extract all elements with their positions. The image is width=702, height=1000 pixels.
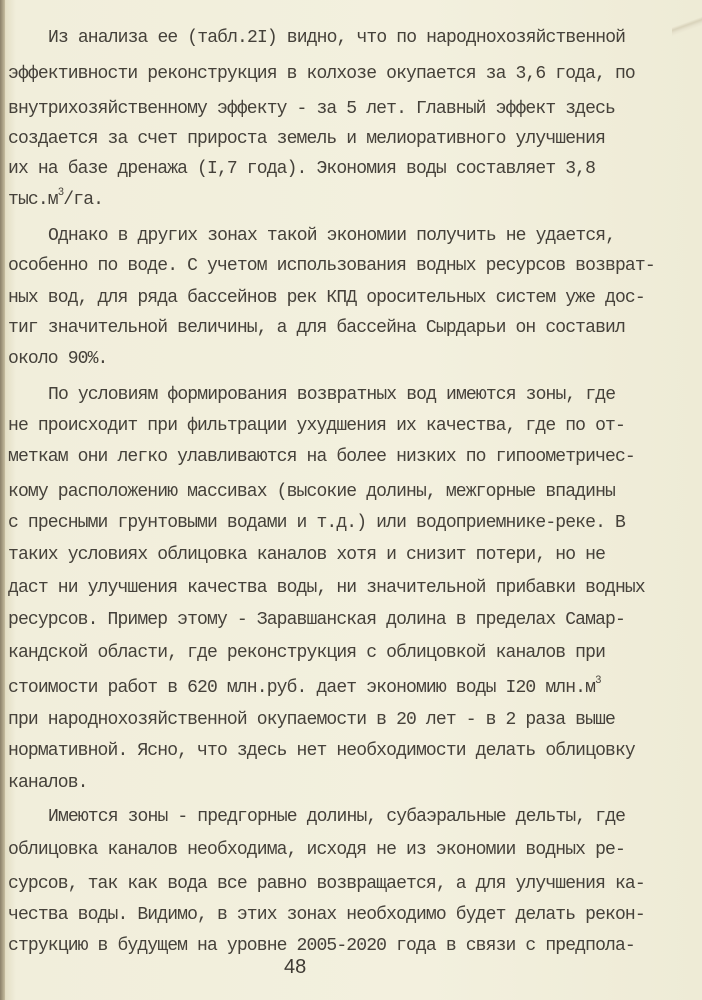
paragraph-3-line-11: при народнохозяйственной окупаемости в 2… (8, 708, 615, 732)
paragraph-2-line-5: около 90%. (8, 347, 108, 371)
paragraph-3-line-13: каналов. (8, 771, 88, 795)
paragraph-2-line-4: тиг значительной величины, а для бассейн… (8, 316, 625, 340)
paragraph-3-line-10: стоимости работ в 620 млн.руб. дает экон… (8, 676, 601, 700)
paragraph-3-line-4: кому расположению массивах (высокие доли… (8, 480, 615, 504)
paragraph-4-line-3: сурсов, так как вода все равно возвращае… (8, 872, 645, 896)
paragraph-4-line-2: облицовка каналов необходима, исходя не … (8, 838, 625, 862)
paragraph-1-line-4: создается за счет прироста земель и мели… (8, 127, 605, 151)
paragraph-2-line-1: Однако в других зонах такой экономии пол… (48, 224, 615, 248)
paragraph-1-line-5: их на базе дренажа (I,7 года). Экономия … (8, 157, 595, 181)
unit-text-suffix: /га. (63, 189, 103, 210)
paragraph-3-line-3: меткам они легко улавливаются на более н… (8, 445, 635, 469)
paragraph-1-line-3: внутрихозяйственному эффекту - за 5 лет.… (8, 97, 615, 121)
paragraph-3-line-6: таких условиях облицовка каналов хотя и … (8, 543, 605, 567)
binding-edge (0, 0, 5, 1000)
page-number: 48 (284, 956, 306, 979)
paragraph-4-line-1: Имеются зоны - предгорные долины, субаэр… (48, 805, 625, 829)
page-corner-fold (672, 0, 702, 50)
paragraph-1-line-2: эффективности реконструкция в колхозе ок… (8, 62, 635, 86)
paragraph-2-line-2: особенно по воде. С учетом использования… (8, 254, 655, 278)
paragraph-1-line-6: тыс.м3/га. (8, 188, 103, 212)
paragraph-3-line-7: даст ни улучшения качества воды, ни знач… (8, 576, 645, 600)
paragraph-4-line-5: струкцию в будущем на уровне 2005-2020 г… (8, 934, 635, 958)
paragraph-3-line-5: с пресными грунтовыми водами и т.д.) или… (8, 511, 625, 535)
paragraph-3-line-9: кандской области, где реконструкция с об… (8, 641, 605, 665)
paragraph-3-line-1: По условиям формирования возвратных вод … (48, 383, 615, 407)
document-page: Из анализа ее (табл.2I) видно, что по на… (0, 0, 702, 1000)
unit-text: тыс.м (8, 189, 58, 210)
cost-text: стоимости работ в 620 млн.руб. дает экон… (8, 677, 595, 698)
paragraph-3-line-2: не происходит при фильтрации ухудшения и… (8, 414, 625, 438)
paragraph-3-line-12: нормативной. Ясно, что здесь нет необход… (8, 739, 635, 763)
paragraph-4-line-4: чества воды. Видимо, в этих зонах необхо… (8, 903, 645, 927)
superscript: 3 (595, 675, 601, 687)
paragraph-3-line-8: ресурсов. Пример этому - Заравшанская до… (8, 608, 625, 632)
superscript: 3 (58, 187, 64, 199)
paragraph-1-line-1: Из анализа ее (табл.2I) видно, что по на… (48, 26, 625, 50)
paragraph-2-line-3: ных вод, для ряда бассейнов рек КПД орос… (8, 286, 645, 310)
